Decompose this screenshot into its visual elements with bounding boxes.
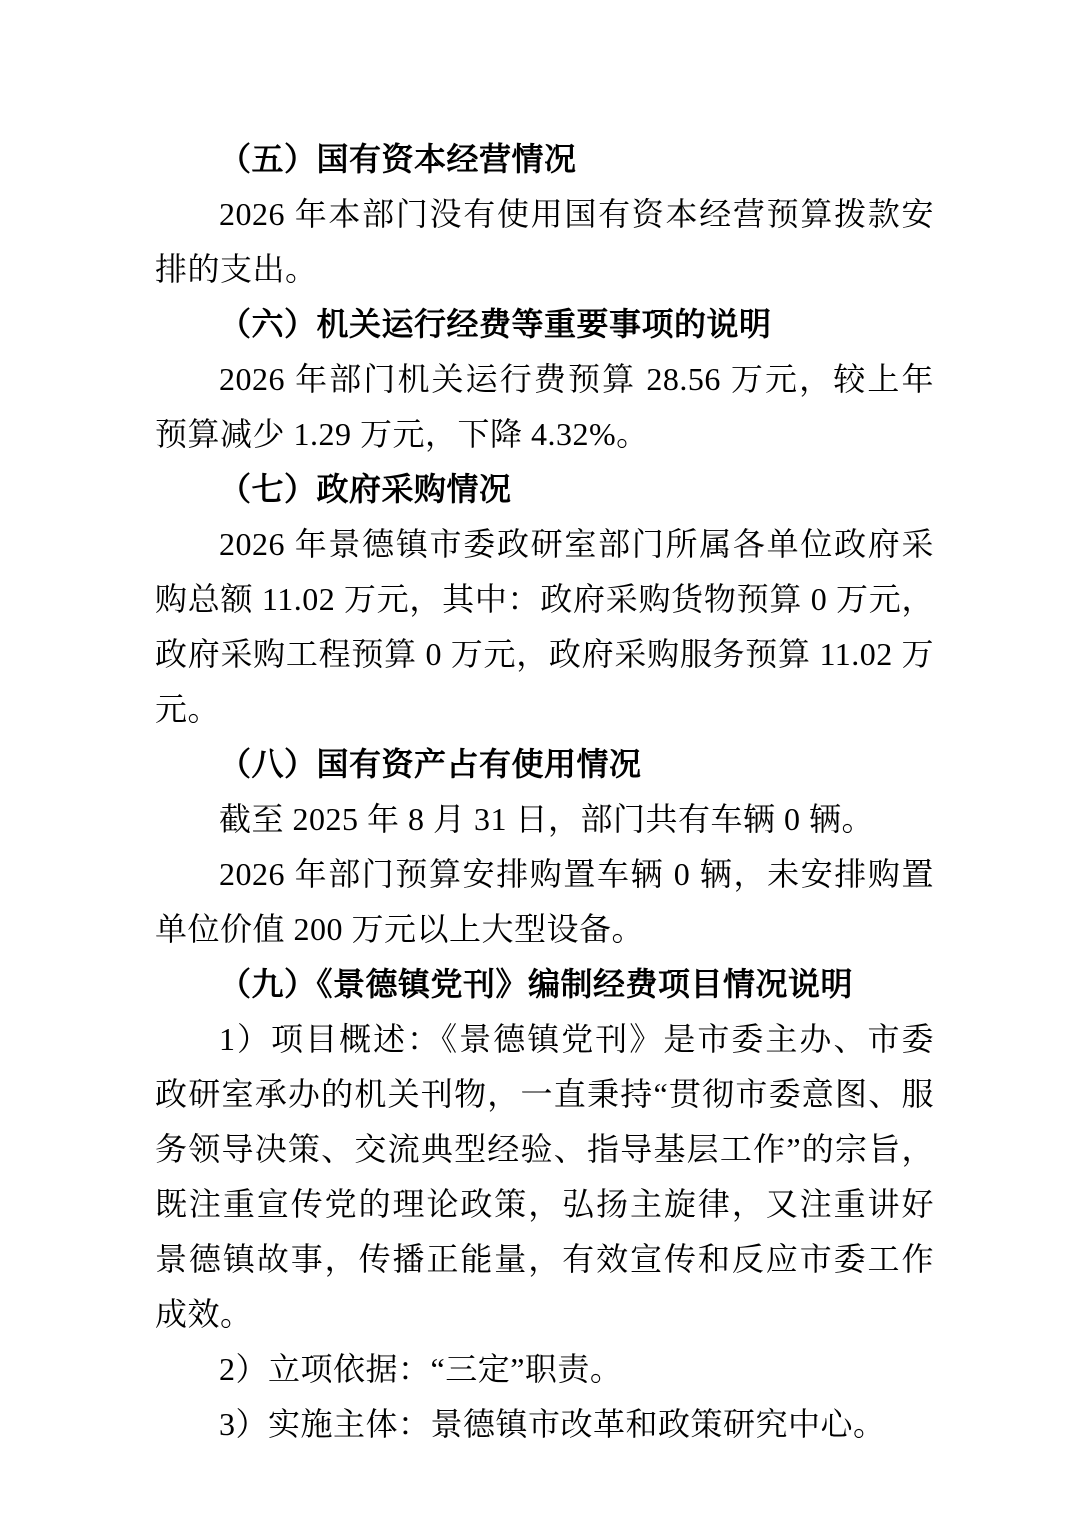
section-heading-8: （八）国有资产占有使用情况 xyxy=(155,737,934,792)
section-heading-5: （五）国有资本经营情况 xyxy=(155,132,934,187)
section-5-paragraph-1: 2026 年本部门没有使用国有资本经营预算拨款安排的支出。 xyxy=(155,187,934,297)
section-9-paragraph-2: 2）立项依据：“三定”职责。 xyxy=(155,1342,934,1397)
section-6-paragraph-1: 2026 年部门机关运行费预算 28.56 万元，较上年预算减少 1.29 万元… xyxy=(155,352,934,462)
section-9-paragraph-1: 1）项目概述：《景德镇党刊》是市委主办、市委政研室承办的机关刊物，一直秉持“贯彻… xyxy=(155,1012,934,1342)
section-heading-7: （七）政府采购情况 xyxy=(155,462,934,517)
section-8-paragraph-1: 截至 2025 年 8 月 31 日，部门共有车辆 0 辆。 xyxy=(155,792,934,847)
document-page: （五）国有资本经营情况 2026 年本部门没有使用国有资本经营预算拨款安排的支出… xyxy=(0,0,1074,1520)
section-7-paragraph-1: 2026 年景德镇市委政研室部门所属各单位政府采购总额 11.02 万元，其中：… xyxy=(155,517,934,737)
section-heading-9: （九）《景德镇党刊》编制经费项目情况说明 xyxy=(155,957,934,1012)
section-9-paragraph-3: 3）实施主体：景德镇市改革和政策研究中心。 xyxy=(155,1397,934,1452)
document-body: （五）国有资本经营情况 2026 年本部门没有使用国有资本经营预算拨款安排的支出… xyxy=(155,132,934,1452)
section-8-paragraph-2: 2026 年部门预算安排购置车辆 0 辆，未安排购置单位价值 200 万元以上大… xyxy=(155,847,934,957)
section-heading-6: （六）机关运行经费等重要事项的说明 xyxy=(155,297,934,352)
